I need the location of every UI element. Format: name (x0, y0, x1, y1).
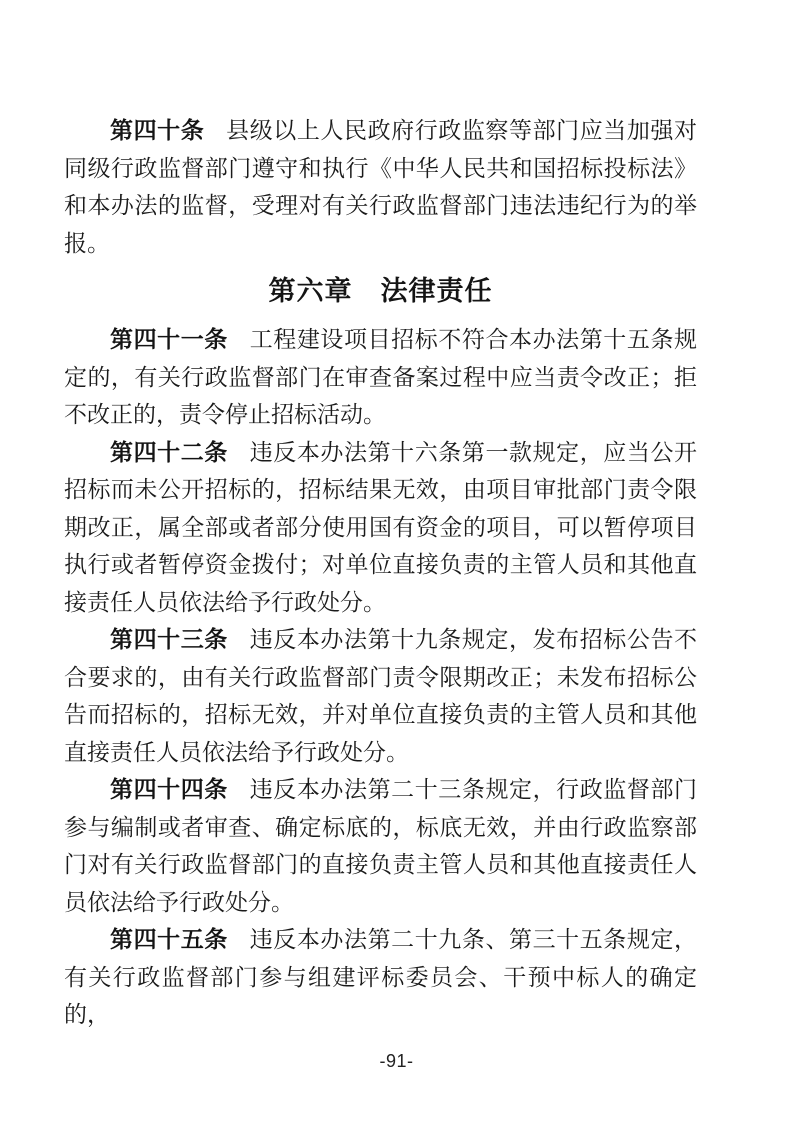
page-number: -91- (379, 1051, 413, 1071)
chapter-heading: 第六章 法律责任 (64, 271, 697, 311)
article-paragraph-42: 第四十二条违反本办法第十六条第一款规定，应当公开招标而未公开招标的，招标结果无效… (64, 434, 697, 622)
article-paragraph-40: 第四十条县级以上人民政府行政监察等部门应当加强对同级行政监督部门遵守和执行《中华… (64, 112, 697, 262)
article-number-44: 第四十四条 (110, 777, 228, 802)
article-number-43: 第四十三条 (110, 627, 228, 652)
article-number-45: 第四十五条 (110, 927, 228, 952)
article-paragraph-43: 第四十三条违反本办法第十九条规定，发布招标公告不合要求的，由有关行政监督部门责令… (64, 621, 697, 771)
article-number-41: 第四十一条 (110, 327, 228, 352)
document-body: 第四十条县级以上人民政府行政监察等部门应当加强对同级行政监督部门遵守和执行《中华… (64, 112, 697, 1034)
article-number-42: 第四十二条 (110, 440, 228, 465)
article-paragraph-44: 第四十四条违反本办法第二十三条规定，行政监督部门参与编制或者审查、确定标底的，标… (64, 771, 697, 921)
page-footer: -91- (0, 1051, 793, 1072)
article-number-40: 第四十条 (110, 118, 204, 143)
article-paragraph-41: 第四十一条工程建设项目招标不符合本办法第十五条规定的，有关行政监督部门在审查备案… (64, 321, 697, 434)
article-text-42: 违反本办法第十六条第一款规定，应当公开招标而未公开招标的，招标结果无效，由项目审… (64, 440, 697, 615)
article-paragraph-45: 第四十五条违反本办法第二十九条、第三十五条规定，有关行政监督部门参与组建评标委员… (64, 921, 697, 1034)
document-page: 第四十条县级以上人民政府行政监察等部门应当加强对同级行政监督部门遵守和执行《中华… (0, 0, 793, 1122)
